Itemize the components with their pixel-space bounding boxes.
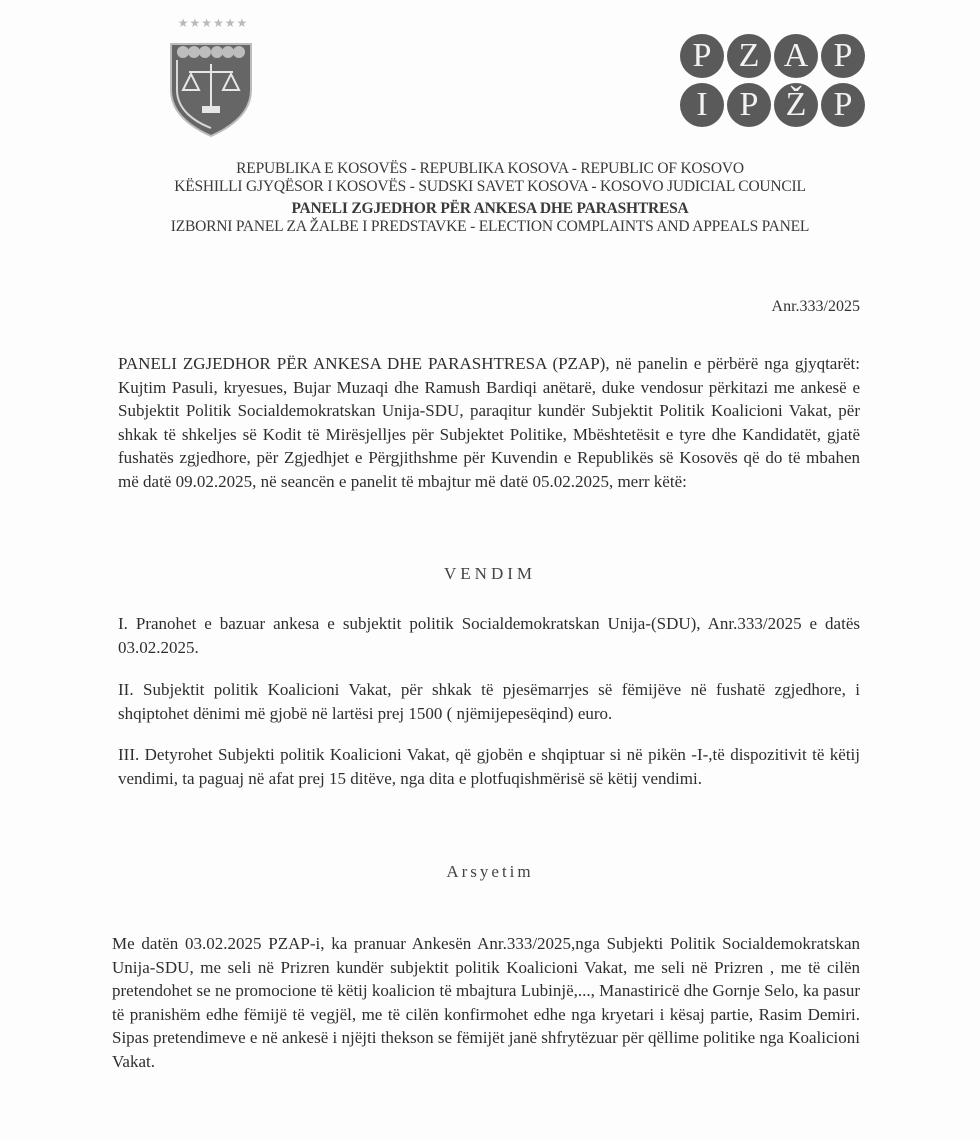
reasoning-heading: Arsyetim <box>0 862 980 882</box>
badge-letter: I <box>680 83 724 127</box>
badge-letter: A <box>774 34 818 78</box>
badge-letter: Z <box>727 34 771 78</box>
header-republic: REPUBLIKA E KOSOVËS - REPUBLIKA KOSOVA -… <box>0 160 980 178</box>
badge-letter: P <box>821 83 865 127</box>
badge-letter: P <box>821 34 865 78</box>
header-panel-other: IZBORNI PANEL ZA ŽALBE I PREDSTAVKE - EL… <box>0 218 980 236</box>
document-page: ★★★★★★ P Z A P I P Ž <box>0 0 980 1139</box>
court-emblem: ★★★★★★ <box>165 12 257 137</box>
stars-icon: ★★★★★★ <box>173 16 253 31</box>
decision-point-1: I. Pranohet e bazuar ankesa e subjektit … <box>118 612 860 659</box>
decision-point-3: III. Detyrohet Subjekti politik Koalicio… <box>118 743 860 790</box>
badge-letter: Ž <box>774 83 818 127</box>
decision-point-2: II. Subjektit politik Koalicioni Vakat, … <box>118 678 860 725</box>
decision-heading: VENDIM <box>0 564 980 584</box>
header-panel-albanian: PANELI ZGJEDHOR PËR ANKESA DHE PARASHTRE… <box>0 200 980 218</box>
intro-paragraph: PANELI ZGJEDHOR PËR ANKESA DHE PARASHTRE… <box>118 352 860 493</box>
reasoning-paragraph: Me datën 03.02.2025 PZAP-i, ka pranuar A… <box>112 932 860 1073</box>
badge-row-serbian: I P Ž P <box>680 83 875 127</box>
shield-scales-icon <box>169 40 253 138</box>
badge-letter: P <box>727 83 771 127</box>
badge-row-albanian: P Z A P <box>680 34 875 78</box>
header-council: KËSHILLI GJYQËSOR I KOSOVËS - SUDSKI SAV… <box>0 178 980 196</box>
badge-letter: P <box>680 34 724 78</box>
pzap-logo: P Z A P I P Ž P <box>680 34 875 132</box>
case-reference: Anr.333/2025 <box>772 298 860 316</box>
